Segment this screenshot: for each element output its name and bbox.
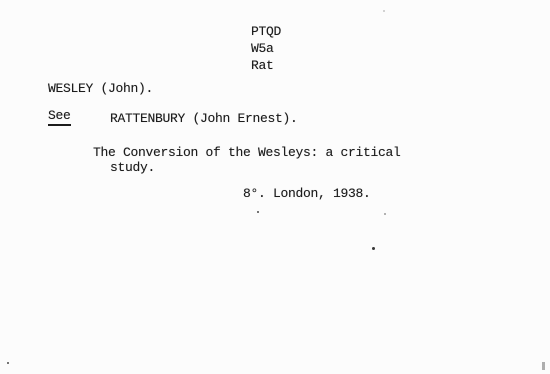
scan-artifact [542,362,545,370]
classmark-line-1: PTQD [251,23,281,40]
classmark-line-3: Rat [251,57,281,74]
ink-speck [383,10,385,12]
title-line-2: study. [110,159,155,176]
catalogue-heading: WESLEY (John). [48,80,153,97]
see-reference-target: RATTENBURY (John Ernest). [110,110,298,127]
classmark-block: PTQD W5a Rat [251,23,281,74]
imprint-line: 8°. London, 1938. [243,185,371,202]
ink-speck [257,211,259,213]
ink-speck [372,247,375,250]
catalogue-card: PTQD W5a Rat WESLEY (John). See RATTENBU… [0,0,550,374]
ink-speck [384,213,386,215]
ink-speck [7,362,9,364]
classmark-line-2: W5a [251,40,281,57]
see-reference-label: See [48,109,71,126]
